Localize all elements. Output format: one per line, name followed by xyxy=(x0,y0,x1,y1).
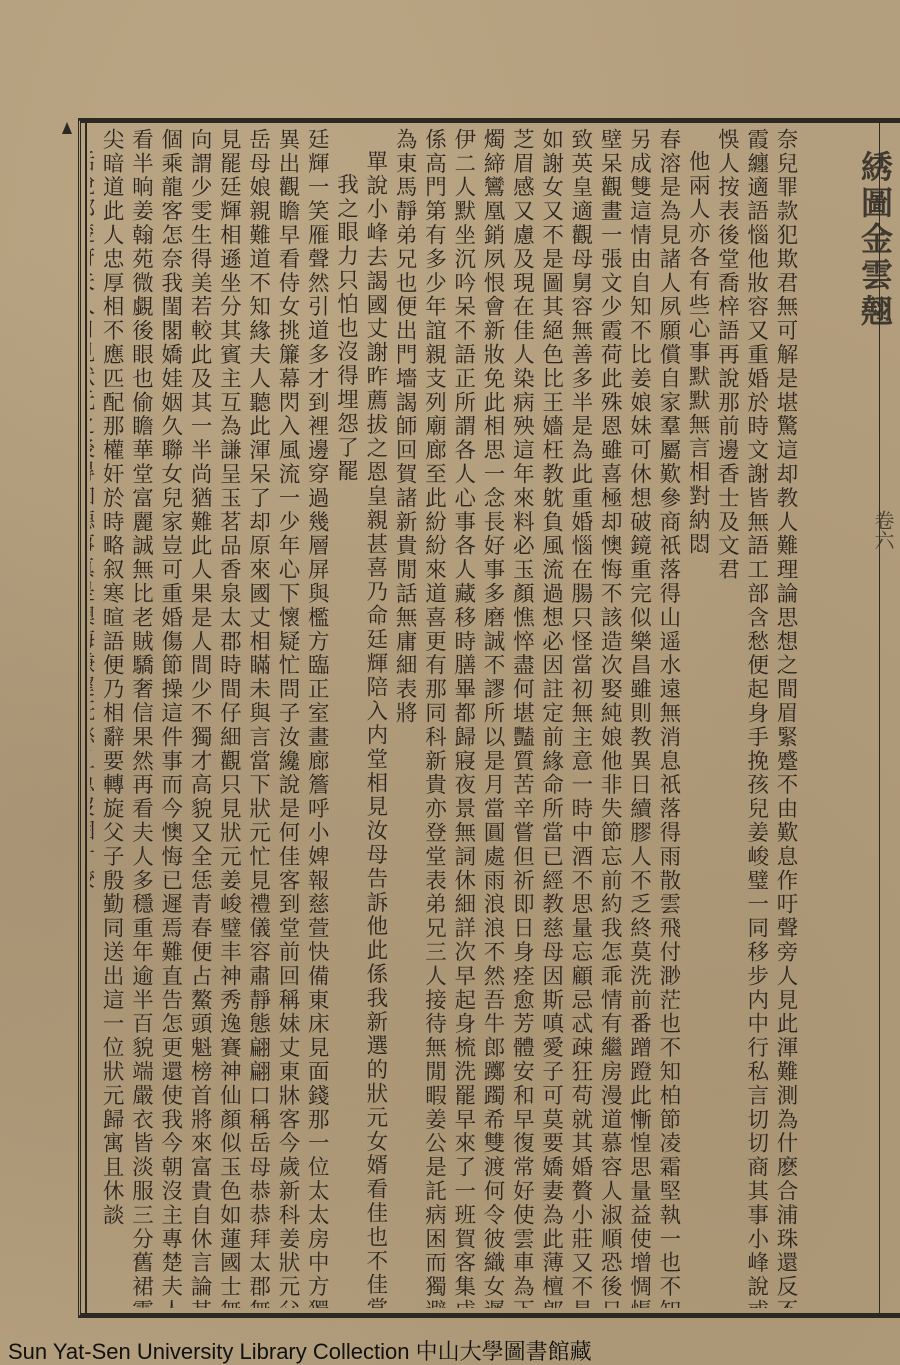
text-column: 另成雙這情由自知不比姜娘妹可休想破鏡重完似樂昌雖則教異日續膠人不乏終莫洗前番蹭蹬… xyxy=(624,128,653,1308)
text-column: 伊二人默坐沉吟呆不語正所謂各人心事各人藏移時膳畢都歸寢夜景無詞休細詳次早起身梳洗… xyxy=(448,128,477,1308)
text-column: 看半晌姜翰苑微覷後眼也偷瞻華堂富麗誠無比老賊驕奢信果然再看夫人多穩重年逾半百貌端… xyxy=(126,128,155,1308)
text-column: 見罷廷輝相遜坐分其賓主互為謙呈玉茗品香泉太郡時間仔細觀只見狀元姜峻璧丰神秀逸賽神… xyxy=(214,128,243,1308)
text-column: 係高門第有多少年誼親支列廟廊至此紛紛來道喜更有那同科新貴亦登堂表弟兄三人接待無閒… xyxy=(419,128,448,1308)
page-text-body: 奈兒罪款犯欺君無可解是堪驚這却教人難理論思想之間眉緊蹙不由歎息作吁聲旁人見此渾難… xyxy=(90,128,800,1308)
text-column: 岳母娘親難道不知緣夫人聽此渾呆了却原來國丈相瞞未與言當下狀元忙見禮儀容肅靜態翩翩… xyxy=(243,128,272,1308)
book-title: 綉圖金雲翹 xyxy=(852,150,898,330)
text-column: 廷輝一笑雁聲然引道多才到裡邊穿過幾層屏與檻方臨正室畫廊簷呼小婢報慈萱快備東床見面… xyxy=(302,128,331,1308)
text-column: 燭締鸞凰銷夙恨會新妝免此相思一念長好事多磨誠不謬所以是月當圓處雨浪浪不然吾牛郎躑… xyxy=(478,128,507,1308)
text-column: 單說小峰去謁國丈謝昨薦拔之恩皇親甚喜乃命廷輝陪入内堂相見汝母告訴他此係我新選的狀… xyxy=(361,128,390,1308)
text-column: 話說那楚府夫人自見狀元之後得知德事真是懊悔嫌遲既愁且急沒個計較 xyxy=(90,128,97,1308)
text-column: 如謝女又不是圖其絕色比王嬙枉教躭負風流過想必因註定前緣命所當已經教慈母因斯嗔愛子… xyxy=(536,128,565,1308)
page-corner-mark xyxy=(62,122,72,134)
book-volume: 卷六 xyxy=(869,510,898,550)
text-column: 異出觀瞻早看侍女挑簾幕閃入風流一少年心下懷疑忙問子汝纔說是何佳客到堂前回稱妹丈東… xyxy=(273,128,302,1308)
text-column: 尖暗道此人忠厚相不應匹配那權奸於時略叙寒暄語便乃相辭要轉旋父子殷勤同送出這一位狀… xyxy=(97,128,126,1308)
text-column: 個乘龍客怎奈我閨閣嬌娃姻久聯女兒家豈可重婚傷節操這件事而今懊悔已遲焉難直告怎更還… xyxy=(155,128,184,1308)
text-column: 芝眉感又慮及現在佳人染病殃這年來料必玉顏憔悴盡何堪豔質苦辛嘗但祈即日身痊愈芳體安… xyxy=(507,128,536,1308)
text-column: 為東馬靜弟兄也便出門墻謁師回賀諸新貴閒話無庸細表將 xyxy=(390,128,419,1308)
text-column: 向謂少雯生得美若較此及其一半尚猶難此人果是人間少不獨才高貌又全恁青春便占鰲頭魁榜… xyxy=(185,128,214,1308)
text-column: 壁呆觀畫一張文少霞荷此殊恩雖喜極却懊悔不該造次娶純娘他非失節忘前約我怎乖情有繼房… xyxy=(595,128,624,1308)
text-column: 悞人按表後堂喬梓語再說那前邊香士及文君 xyxy=(712,128,741,1308)
library-attribution: Sun Yat-Sen University Library Collectio… xyxy=(8,1335,592,1365)
text-column: 春溶是為見諸人夙願償自家羣屬歎參商祇落得山遥水遠無消息祇落得雨散雲飛付渺茫也不知… xyxy=(654,128,683,1308)
text-column: 他兩人亦各有些心事默默無言相對納悶 xyxy=(683,128,712,1308)
text-column: 致英皇適觀母舅容無善多半是為此重婚惱在腸只怪當初無主意一時中酒不思量忘顧忌忒疎狂… xyxy=(566,128,595,1308)
text-column: 奈兒罪款犯欺君無可解是堪驚這却教人難理論思想之間眉緊蹙不由歎息作吁聲旁人見此渾難… xyxy=(771,128,800,1308)
text-column: 霞纏適語惱他妝容又重婚於時文謝皆無語工部含愁便起身手挽孩兒姜峻璧一同移步内中行私… xyxy=(741,128,770,1308)
text-column: 我之眼力只怕也沒得埋怨了罷 xyxy=(331,128,360,1308)
